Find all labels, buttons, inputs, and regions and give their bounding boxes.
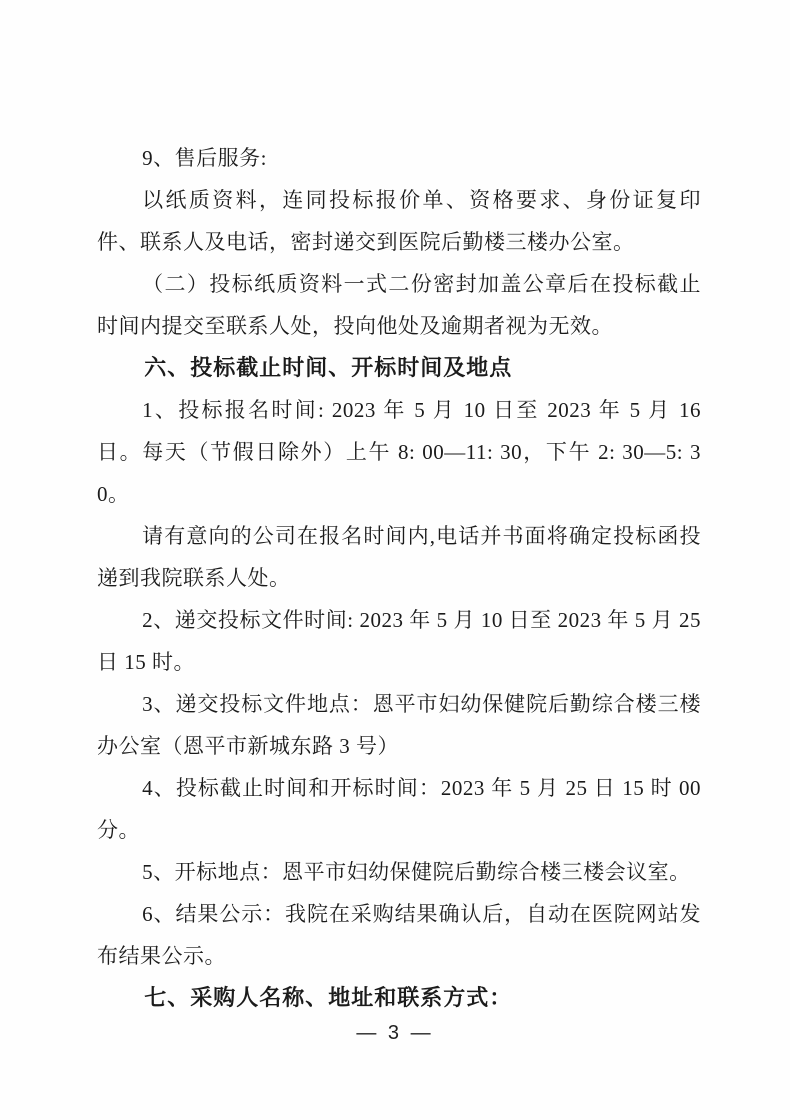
paragraph-sealed-submission-rule: （二）投标纸质资料一式二份密封加盖公章后在投标截止时间内提交至联系人处，投向他处… [97, 263, 701, 347]
clause-1-registration-time: 1、投标报名时间: 2023 年 5 月 10 日至 2023 年 5 月 16… [97, 389, 701, 515]
document-text-block: 9、售后服务: 以纸质资料，连同投标报价单、资格要求、身份证复印件、联系人及电话… [97, 137, 701, 1019]
section-6-heading: 六、投标截止时间、开标时间及地点 [97, 347, 701, 389]
clause-9-after-sales-heading: 9、售后服务: [97, 137, 701, 179]
clause-3-submission-place: 3、递交投标文件地点：恩平市妇幼保健院后勤综合楼三楼办公室（恩平市新城东路 3 … [97, 683, 701, 767]
clause-6-result-publicity: 6、结果公示：我院在采购结果确认后，自动在医院网站发布结果公示。 [97, 893, 701, 977]
clause-5-opening-place: 5、开标地点：恩平市妇幼保健院后勤综合楼三楼会议室。 [97, 851, 701, 893]
clause-2-submission-time: 2、递交投标文件时间: 2023 年 5 月 10 日至 2023 年 5 月 … [97, 599, 701, 683]
paragraph-paper-materials: 以纸质资料，连同投标报价单、资格要求、身份证复印件、联系人及电话，密封递交到医院… [97, 179, 701, 263]
document-page: 9、售后服务: 以纸质资料，连同投标报价单、资格要求、身份证复印件、联系人及电话… [0, 0, 790, 1120]
section-7-heading: 七、采购人名称、地址和联系方式： [97, 977, 701, 1019]
clause-4-deadline-opening-time: 4、投标截止时间和开标时间：2023 年 5 月 25 日 15 时 00 分。 [97, 767, 701, 851]
page-number: — 3 — [0, 1022, 790, 1045]
paragraph-intent-notice: 请有意向的公司在报名时间内,电话并书面将确定投标函投递到我院联系人处。 [97, 515, 701, 599]
